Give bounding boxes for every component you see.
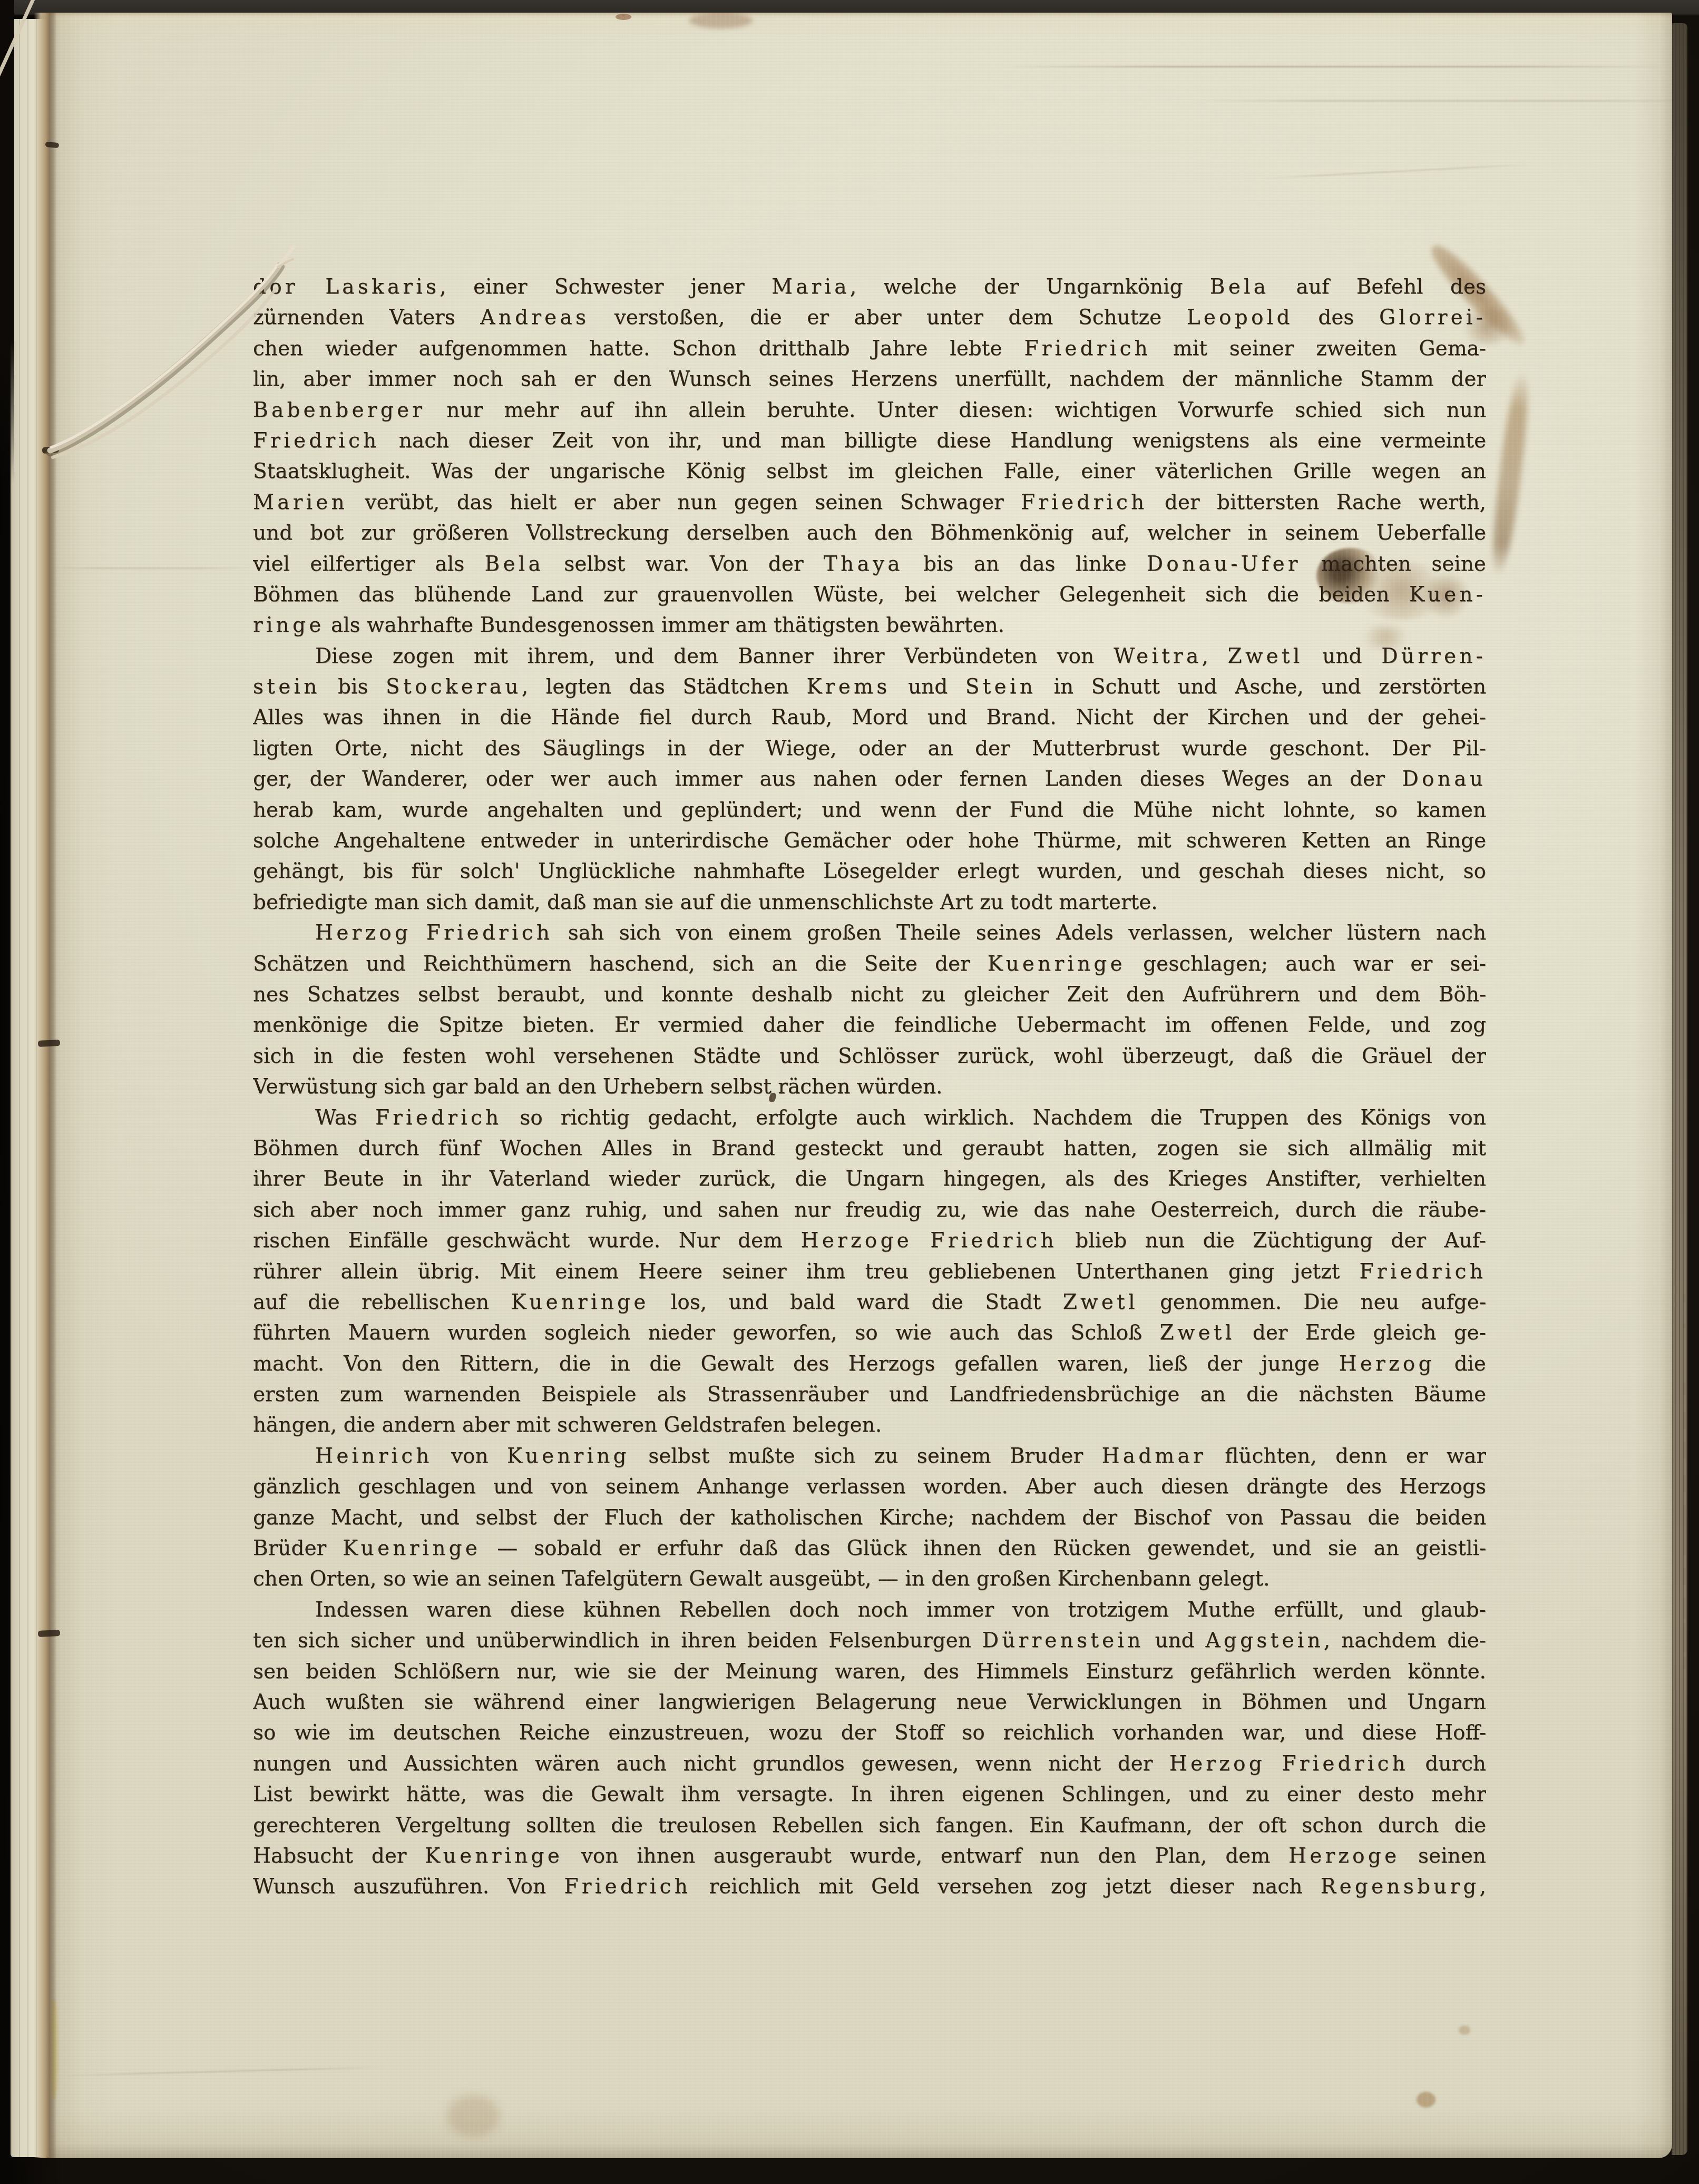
letterspaced-name: Friedrich: [1024, 337, 1150, 360]
text-line: Herzog Friedrich sah sich von einem groß…: [253, 918, 1486, 948]
stain-vertical-streak: [1487, 370, 1533, 577]
letterspaced-name: Stein: [965, 675, 1036, 699]
letterspaced-name: Thaya: [824, 552, 903, 576]
text-line: Böhmen durch fünf Wochen Alles in Brand …: [253, 1133, 1486, 1164]
foxing-dot: [1459, 2025, 1470, 2035]
text-line: ringe als wahrhafte Bundesgenossen immer…: [253, 610, 1486, 641]
text-line: befriedigte man sich damit, daß man sie …: [253, 887, 1486, 918]
text-line: führten Mauern wurden sogleich nieder ge…: [253, 1318, 1486, 1348]
text-line: Habsucht der Kuenringe von ihnen ausgera…: [253, 1841, 1486, 1872]
text-line: ganze Macht, und selbst der Fluch der ka…: [253, 1503, 1486, 1533]
text-line: Heinrich von Kuenring selbst mußte sich …: [253, 1441, 1486, 1472]
letterspaced-name: stein: [253, 675, 320, 699]
letterspaced-name: Heinrich: [315, 1444, 433, 1468]
text-line: Alles was ihnen in die Hände fiel durch …: [253, 702, 1486, 733]
letterspaced-name: Aggstein: [1205, 1629, 1323, 1652]
letterspaced-name: Donau-Ufer: [1147, 552, 1301, 576]
right-page-stack-edge: [1672, 23, 1687, 2155]
letterspaced-name: Friedrich: [1360, 1260, 1486, 1284]
letterspaced-name: Babenberger: [253, 398, 425, 422]
text-line: Brüder Kuenringe — sobald er erfuhr daß …: [253, 1533, 1486, 1564]
paper-crease: [1001, 66, 1671, 67]
letterspaced-name: Friedrich: [253, 429, 379, 453]
letterspaced-name: Bela: [1210, 275, 1269, 299]
paper-crease: [46, 567, 253, 569]
cover-edge-shadow: [0, 0, 14, 485]
text-line: Marien verübt, das hielt er aber nun geg…: [253, 487, 1486, 518]
text-line: stein bis Stockerau, legten das Städtche…: [253, 672, 1486, 702]
text-line: Wunsch auszuführen. Von Friedrich reichl…: [253, 1872, 1486, 1902]
book-scan: dor Laskaris, einer Schwester jener Mari…: [0, 0, 1699, 2184]
text-line: sich in die festen wohl versehenen Städt…: [253, 1041, 1486, 1072]
text-line: Diese zogen mit ihrem, und dem Banner ih…: [253, 641, 1486, 672]
text-line: auf die rebellischen Kuenringe los, und …: [253, 1287, 1486, 1318]
letterspaced-name: Dürren-: [1381, 644, 1486, 668]
text-line: Auch wußten sie während einer langwierig…: [253, 1687, 1486, 1718]
letterspaced-name: Friedrich: [1021, 491, 1147, 514]
letterspaced-name: Friedrich: [564, 1875, 691, 1898]
letterspaced-name: Herzoge: [1288, 1844, 1400, 1868]
letterspaced-name: Herzoge: [800, 1229, 912, 1252]
paragraph: Heinrich von Kuenring selbst mußte sich …: [253, 1441, 1486, 1595]
text-line: und bot zur größeren Vollstreckung derse…: [253, 518, 1486, 549]
text-line: ihrer Beute in ihr Vaterland wieder zurü…: [253, 1164, 1486, 1194]
text-line: gehängt, bis für solch' Unglückliche nah…: [253, 856, 1486, 887]
letterspaced-name: Marien: [253, 491, 348, 514]
letterspaced-name: Kuen-: [1409, 583, 1486, 606]
page-text: dor Laskaris, einer Schwester jener Mari…: [253, 272, 1486, 1903]
text-line: macht. Von den Rittern, die in die Gewal…: [253, 1349, 1486, 1379]
letterspaced-name: ringe: [253, 613, 324, 637]
text-line: sen beiden Schlößern nur, wie sie der Me…: [253, 1657, 1486, 1687]
letterspaced-name: Zwetl: [1063, 1290, 1138, 1314]
paragraph: dor Laskaris, einer Schwester jener Mari…: [253, 272, 1486, 641]
text-line: Was Friedrich so richtig gedacht, erfolg…: [253, 1103, 1486, 1133]
letterspaced-name: Laskaris: [325, 275, 440, 299]
letterspaced-name: Friedrich: [375, 1106, 502, 1130]
letterspaced-name: Herzog: [315, 921, 411, 945]
letterspaced-name: Krems: [806, 675, 890, 699]
letterspaced-name: Leopold: [1187, 306, 1293, 329]
letterspaced-name: Zwetl: [1160, 1321, 1235, 1345]
binding-stitch: [38, 1040, 61, 1047]
text-line: nungen und Aussichten wären auch nicht g…: [253, 1749, 1486, 1779]
text-line: rührer allein übrig. Mit einem Heere sei…: [253, 1257, 1486, 1287]
letterspaced-name: Andreas: [480, 306, 589, 329]
text-line: Friedrich nach dieser Zeit von ihr, und …: [253, 426, 1486, 456]
text-line: rischen Einfälle geschwächt wurde. Nur d…: [253, 1226, 1486, 1256]
book-page: dor Laskaris, einer Schwester jener Mari…: [46, 13, 1672, 2158]
letterspaced-name: Weitra: [1114, 644, 1202, 668]
letterspaced-name: Friedrich: [1282, 1752, 1408, 1776]
binding-stitch: [38, 1630, 61, 1637]
letterspaced-name: Kuenringe: [425, 1844, 563, 1868]
letterspaced-name: Hadmar: [1101, 1444, 1206, 1468]
paragraph: Herzog Friedrich sah sich von einem groß…: [253, 918, 1486, 1102]
text-line: lin, aber immer noch sah er den Wunsch s…: [253, 364, 1486, 395]
text-line: Staatsklugheit. Was der ungarische König…: [253, 456, 1486, 487]
text-line: so wie im deutschen Reiche einzustreuen,…: [253, 1718, 1486, 1748]
text-line: Indessen waren diese kühnen Rebellen doc…: [253, 1595, 1486, 1625]
text-line: viel eilfertiger als Bela selbst war. Vo…: [253, 549, 1486, 580]
text-line: ersten zum warnenden Beispiele als Stras…: [253, 1379, 1486, 1410]
top-edge-smudge: [689, 13, 753, 28]
letterspaced-name: Maria: [772, 275, 850, 299]
text-line: Böhmen das blühende Land zur grauenvolle…: [253, 580, 1486, 610]
letterspaced-name: Dürrenstein: [982, 1629, 1144, 1652]
paragraph: Indessen waren diese kühnen Rebellen doc…: [253, 1595, 1486, 1903]
letterspaced-name: Bela: [485, 552, 544, 576]
paper-crease: [57, 2067, 384, 2077]
binding-gutter-fold: [34, 13, 57, 2158]
text-line: ligten Orte, nicht des Säuglings in der …: [253, 733, 1486, 764]
letterspaced-name: Kuenringe: [343, 1536, 481, 1560]
top-edge-speck: [616, 14, 631, 20]
text-line: menkönige die Spitze bieten. Er vermied …: [253, 1010, 1486, 1041]
text-line: chen wieder aufgenommen hatte. Schon dri…: [253, 334, 1486, 364]
text-line: gerechteren Vergeltung sollten die treul…: [253, 1810, 1486, 1841]
text-line: Verwüstung sich gar bald an den Urhebern…: [253, 1072, 1486, 1102]
binding-stitch: [42, 446, 60, 454]
text-line: zürnenden Vaters Andreas verstoßen, die …: [253, 302, 1486, 333]
letterspaced-name: Herzog: [1169, 1752, 1265, 1776]
letterspaced-name: dor: [253, 275, 298, 299]
paper-crease: [1186, 100, 1672, 102]
text-line: sich aber noch immer ganz ruhig, und sah…: [253, 1195, 1486, 1226]
paragraph: Was Friedrich so richtig gedacht, erfolg…: [253, 1103, 1486, 1441]
text-line: nes Schatzes selbst beraubt, und konnte …: [253, 980, 1486, 1010]
text-line: herab kam, wurde angehalten und geplünde…: [253, 795, 1486, 826]
letterspaced-name: Kuenringe: [988, 952, 1126, 976]
letterspaced-name: Donau: [1402, 767, 1486, 791]
text-line: hängen, die andern aber mit schweren Gel…: [253, 1410, 1486, 1441]
text-line: gänzlich geschlagen und von seinem Anhan…: [253, 1472, 1486, 1502]
letterspaced-name: Herzog: [1339, 1352, 1435, 1376]
paragraph: Diese zogen mit ihrem, und dem Banner ih…: [253, 641, 1486, 918]
text-line: List bewirkt hätte, was die Gewalt ihm v…: [253, 1779, 1486, 1810]
text-line: Schätzen und Reichthümern haschend, sich…: [253, 949, 1486, 980]
text-line: dor Laskaris, einer Schwester jener Mari…: [253, 272, 1486, 302]
letterspaced-name: Friedrich: [930, 1229, 1057, 1252]
letterspaced-name: Zwetl: [1228, 644, 1303, 668]
text-line: chen Orten, so wie an seinen Tafelgütern…: [253, 1564, 1486, 1594]
text-line: ger, der Wanderer, oder wer auch immer a…: [253, 764, 1486, 795]
paper-crease: [1258, 163, 1532, 179]
letterspaced-name: Regensburg: [1321, 1875, 1480, 1898]
foxing-dot: [1417, 2092, 1436, 2108]
letterspaced-name: Stockerau: [386, 675, 522, 699]
letterspaced-name: Friedrich: [426, 921, 553, 945]
text-line: solche Angehaltene entweder in unterirdi…: [253, 826, 1486, 856]
text-line: ten sich sicher und unüberwindlich in ih…: [253, 1625, 1486, 1656]
letterspaced-name: Glorrei-: [1379, 306, 1486, 329]
text-line: Babenberger nur mehr auf ihn allein beru…: [253, 395, 1486, 426]
letterspaced-name: Kuenring: [507, 1444, 630, 1468]
stain-bottom-faint: [447, 2095, 500, 2137]
letterspaced-name: Kuenringe: [511, 1290, 649, 1314]
